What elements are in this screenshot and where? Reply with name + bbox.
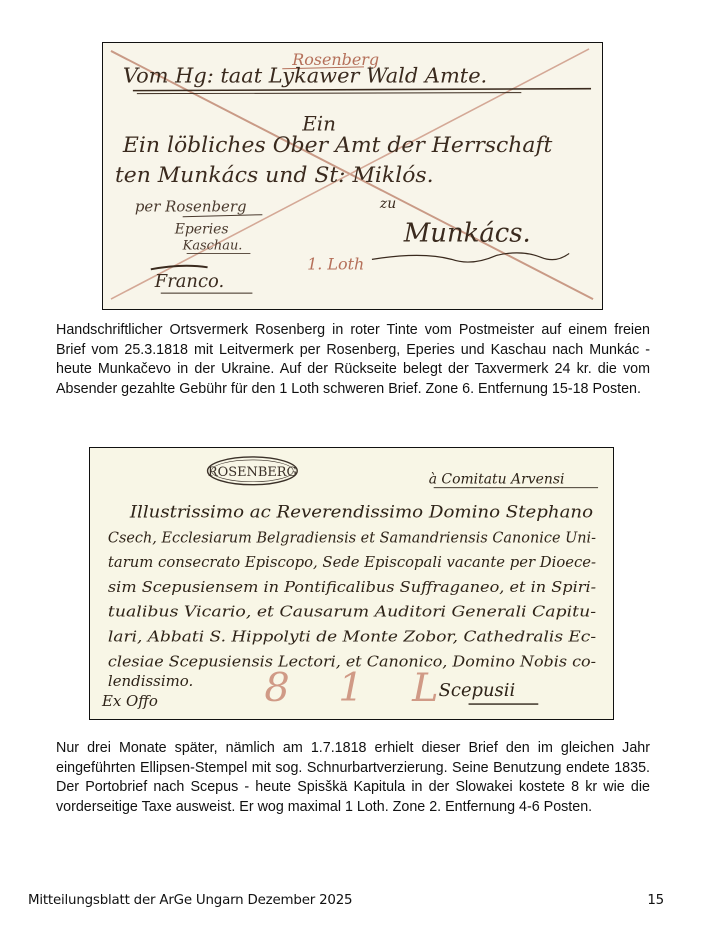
address-word: Ein xyxy=(301,112,336,135)
address-line-2: ten Munkács und St: Miklós. xyxy=(115,163,434,188)
letter-image-rosenberg-oval-stamp: ROSENBERG à Comitatu Arvensi Illustrissi… xyxy=(89,447,614,720)
caption-letter-2: Nur drei Monate später, nämlich am 1.7.1… xyxy=(56,739,650,817)
franco-mark: Franco. xyxy=(154,271,224,292)
oval-rosenberg-stamp: ROSENBERG xyxy=(208,457,298,485)
caption-letter-1: Handschriftlicher Ortsvermerk Rosenberg … xyxy=(56,321,650,399)
letter-line: Csech, Ecclesiarum Belgradiensis et Sama… xyxy=(108,528,596,546)
top-right-note: à Comitatu Arvensi xyxy=(429,472,565,488)
letter-image-rosenberg-manuscript: Rosenberg Vom Hg: taat Lykawer Wald Amte… xyxy=(102,42,603,310)
letter-line: lari, Abbati S. Hippolyti de Monte Zobor… xyxy=(108,628,596,646)
letter-line: tarum consecrato Episcopo, Sede Episcopa… xyxy=(108,553,596,571)
letter-line: tualibus Vicario, et Causarum Auditori G… xyxy=(108,603,596,621)
letter-cover-illustration: Rosenberg Vom Hg: taat Lykawer Wald Amte… xyxy=(103,43,602,309)
weight-mark: 1. Loth xyxy=(307,254,364,273)
ex-offo-note: Ex Offo xyxy=(101,692,158,710)
letter-cover-illustration: ROSENBERG à Comitatu Arvensi Illustrissi… xyxy=(90,448,613,719)
sender-line: Vom Hg: taat Lykawer Wald Amte. xyxy=(123,64,487,88)
letter-line: sim Scepusiensem in Pontificalibus Suffr… xyxy=(108,578,596,596)
destination-scepusii: Scepusii xyxy=(439,680,516,701)
address-line-1: Ein löbliches Ober Amt der Herrschaft xyxy=(122,133,553,158)
page-footer: Mitteilungsblatt der ArGe Ungarn Dezembe… xyxy=(28,893,664,908)
caption-text: Nur drei Monate später, nämlich am 1.7.1… xyxy=(56,739,650,817)
caption-text: Handschriftlicher Ortsvermerk Rosenberg … xyxy=(56,321,650,399)
destination-munkacs: Munkács. xyxy=(403,219,531,249)
svg-text:ROSENBERG: ROSENBERG xyxy=(208,465,297,480)
red-rate-mark: 8 1 L xyxy=(264,665,456,711)
zu-word: zu xyxy=(379,196,396,212)
routing-line-1: per Rosenberg xyxy=(135,198,247,216)
page-number: 15 xyxy=(647,893,664,908)
publication-title: Mitteilungsblatt der ArGe Ungarn Dezembe… xyxy=(28,893,352,908)
letter-line: Illustrissimo ac Reverendissimo Domino S… xyxy=(129,502,593,522)
routing-line-2: Eperies xyxy=(174,222,229,238)
letter-line: lendissimo. xyxy=(108,672,193,690)
routing-line-3: Kaschau. xyxy=(182,238,243,253)
